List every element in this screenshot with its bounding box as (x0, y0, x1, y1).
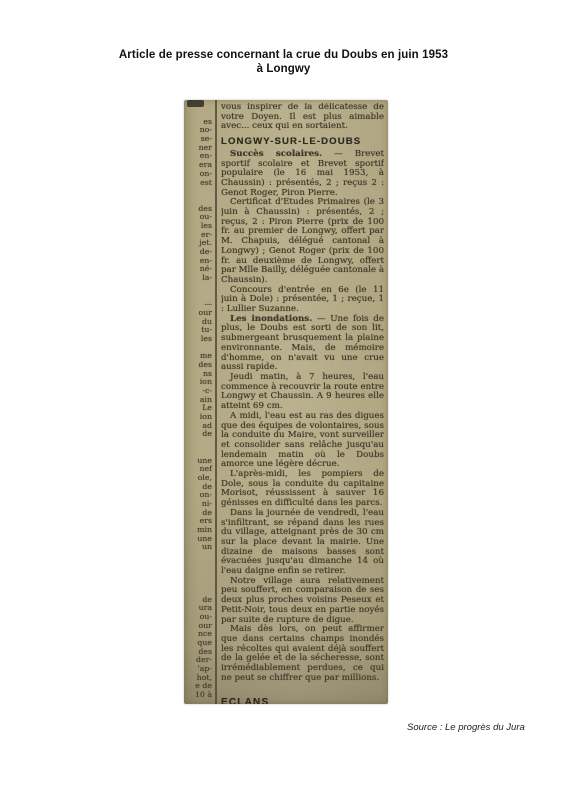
article-paragraph: Les inondations. — Une fois de plus, le … (221, 315, 384, 373)
margin-fragment (184, 578, 212, 587)
margin-fragment: de (184, 430, 212, 439)
paragraph-lead: Succès scolaires. (230, 149, 322, 159)
article-paragraph: Succès scolaires. — Brevet sportif scola… (221, 150, 384, 199)
article-paragraph: Jeudi matin, à 7 heures, l'eau commence … (221, 373, 384, 412)
margin-fragment (184, 569, 212, 578)
ink-smudge (187, 100, 204, 107)
margin-fragment: les (184, 335, 212, 344)
article-paragraph: Dans la journée de vendredi, l'eau s'inf… (221, 509, 384, 577)
margin-fragment: 10 à (184, 691, 212, 700)
article-paragraph: Certificat d'Etudes Primaires (le 3 juin… (221, 198, 384, 285)
article-paragraphs: Succès scolaires. — Brevet sportif scola… (221, 150, 384, 684)
title-line-2: à Longwy (0, 63, 567, 77)
page-title: Article de presse concernant la crue du … (0, 49, 567, 76)
clipping-margin-column: esno-se-neren-eraon-est desou-leser-jet.… (184, 109, 214, 700)
margin-fragment (184, 552, 212, 561)
article-paragraph: A midi, l'eau est au ras des digues que … (221, 412, 384, 470)
margin-fragment (184, 187, 212, 196)
margin-fragment: un (184, 543, 212, 552)
clipping-main-column: vous inspirer de la délicatesse de votre… (221, 103, 384, 704)
margin-fragment: est (184, 179, 212, 188)
article-paragraph: Mais dès lors, on peut affirmer que dans… (221, 625, 384, 683)
column-rule (215, 100, 217, 704)
paragraph-lead: Les inondations. (230, 314, 312, 324)
title-line-1: Article de presse concernant la crue du … (0, 49, 567, 63)
source-caption: Source : Le progrès du Jura (407, 722, 525, 733)
article-paragraph: Concours d'entrée en 6e (le 11 juin à Do… (221, 286, 384, 315)
margin-fragment (184, 439, 212, 448)
section-header: LONGWY-SUR-LE-DOUBS (221, 137, 384, 147)
margin-fragment (184, 283, 212, 292)
article-intro: vous inspirer de la délicatesse de votre… (221, 103, 384, 132)
margin-fragment (184, 561, 212, 570)
article-paragraph: L'après-midi, les pompiers de Dole, sous… (221, 470, 384, 509)
article-paragraph: Notre village aura relativement peu souf… (221, 577, 384, 626)
newspaper-clipping: esno-se-neren-eraon-est desou-leser-jet.… (184, 100, 388, 704)
margin-fragment: la- (184, 274, 212, 283)
bottom-section-header: ECLANS (221, 697, 269, 704)
